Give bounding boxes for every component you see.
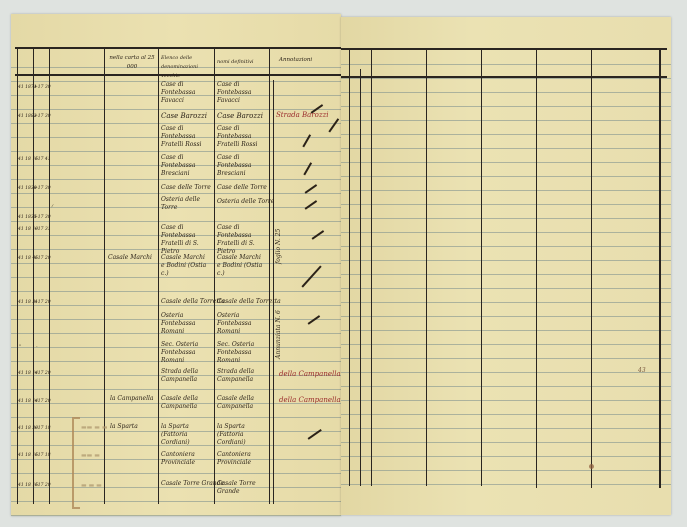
vertical-note-foglio: foglio N. 25 [275, 229, 282, 264]
row-coord: +17 20 [34, 398, 51, 406]
col-rule-4 [426, 48, 427, 486]
row-coord: +17 41 [34, 156, 51, 164]
row-new-name: Osteria Fontebassa Romani [217, 312, 267, 336]
row-old-name: Casale della Torretta [161, 298, 225, 306]
row-new-name: Casale Marchi e Bodini (Ostia c.) [217, 254, 265, 278]
col-rule-7 [269, 47, 270, 504]
row-old-name: Case di Fontebassa Fratelli di S. Pietro [161, 224, 213, 256]
row-coord: - [36, 344, 38, 352]
row-old-name: Casale Marchi e Bodini (Ostia c.) [161, 254, 209, 278]
row-coord: +17 30 [34, 113, 51, 121]
row-new-name: Case di Fontebassa Bresciani [217, 154, 269, 178]
header-top-rule [341, 48, 667, 50]
header-bottom-rule [341, 76, 667, 78]
annotation-double-rule [273, 80, 274, 504]
row-coord: +17 18 [34, 452, 51, 460]
row-new-name: Strada della Campanella [217, 368, 262, 384]
row-new-name: Casale della Campanella [217, 395, 262, 411]
row-old-name: Case delle Torre [161, 184, 211, 192]
header-elenco: Elenco delle denominazioni vecchie [161, 54, 213, 81]
row-old-name: Cantoniera Provinciale [161, 451, 201, 467]
right-page: 43 [341, 17, 671, 515]
row-old-name: la Sparta (Fattoria Cordiani) [161, 423, 211, 447]
faded-text: ▬▬ ▬ [81, 452, 100, 460]
col-rule-1 [349, 48, 350, 486]
row-coord: +17 30 [34, 214, 51, 222]
ink-stain [589, 464, 594, 469]
row-old-name: Osteria Fontebassa Romani [161, 312, 216, 336]
row-new-name: Casale Torre Grande [217, 480, 257, 496]
row-old-name: Casale della Campanella [161, 395, 206, 411]
row-coord: +17 31 [34, 226, 51, 234]
col-rule-5 [158, 47, 159, 504]
row-old-name: Case Barozzi [161, 112, 207, 120]
row-coord: +17 20 [34, 482, 51, 490]
row-new-name: Case di Fontebassa Fratelli di S. Pietro [217, 224, 269, 256]
row-old-name: Case di Fontebassa Fratelli Rossi [161, 125, 213, 149]
header-top-rule [15, 47, 341, 49]
row-new-name: Case delle Torre [217, 184, 267, 192]
col-rule-6 [214, 47, 215, 504]
row-coord: +17 30 [34, 84, 51, 92]
row-new-name: Casale della Torretta [217, 298, 281, 306]
row-map-name: la Campanella [110, 395, 154, 403]
row-new-name: Cantoniera Provinciale [217, 451, 257, 467]
row-annotation: della Campanella [279, 370, 341, 378]
row-old-name: Case di Fontebassa Favacci [161, 81, 213, 105]
row-new-name: Case di Fontebassa Favacci [217, 81, 269, 105]
row-coord: +17 20 [34, 255, 51, 263]
row-coord: +17 20 [34, 370, 51, 378]
row-coord: +17 20 [34, 299, 51, 307]
header-annotazioni: Annotazioni [279, 56, 312, 64]
row-map-name: Casale Marchi [108, 254, 152, 262]
row-new-name: Case Barozzi [217, 112, 263, 120]
col-rule-5 [481, 48, 482, 486]
header-carta: nella carta al 25 000 [108, 54, 156, 72]
col-rule-4 [104, 47, 105, 504]
ruled-lines [341, 51, 671, 490]
row-new-name: Case di Fontebassa Fratelli Rossi [217, 125, 269, 149]
row-code: " [19, 344, 21, 352]
faded-text: ▬▬ ▬ ▬ [81, 424, 108, 432]
col-rule-6 [536, 48, 537, 488]
col-rule-8 [659, 48, 661, 488]
row-old-name: Case di Fontebassa Bresciani [161, 154, 213, 178]
vertical-note-annunziata: Annunziata N. 6 [275, 310, 282, 359]
page-mark: 43 [638, 367, 646, 375]
header-nomi: nomi definitivi [217, 58, 254, 66]
col-rule-3 [371, 48, 372, 486]
row-coord: +17 18 [34, 425, 51, 433]
row-old-name: Osteria delle Torre [161, 196, 201, 212]
row-new-name: la Sparta (Fattoria Cordiani) [217, 423, 267, 447]
row-map-name: la Sparta [110, 423, 138, 431]
row-new-name: Sec. Osteria Fontebassa Romani [217, 341, 269, 365]
row-coord: +17 30 [34, 185, 51, 193]
faded-text: ▬ ▬ ▬ [81, 482, 102, 490]
row-annotation: della Campanella [279, 396, 341, 404]
row-old-name: Strada della Campanella [161, 368, 206, 384]
faded-bracket [72, 417, 80, 509]
col-rule-2 [360, 69, 361, 486]
row-annotation: Strada Barozzi [276, 111, 329, 119]
left-page: nella carta al 25 000 Elenco delle denom… [11, 14, 341, 516]
col-rule-7 [591, 48, 592, 488]
row-old-name: Casale Torre Grande [161, 480, 224, 488]
row-old-name: Sec. Osteria Fontebassa Romani [161, 341, 213, 365]
row-new-name: Osteria delle Torre [217, 198, 274, 206]
